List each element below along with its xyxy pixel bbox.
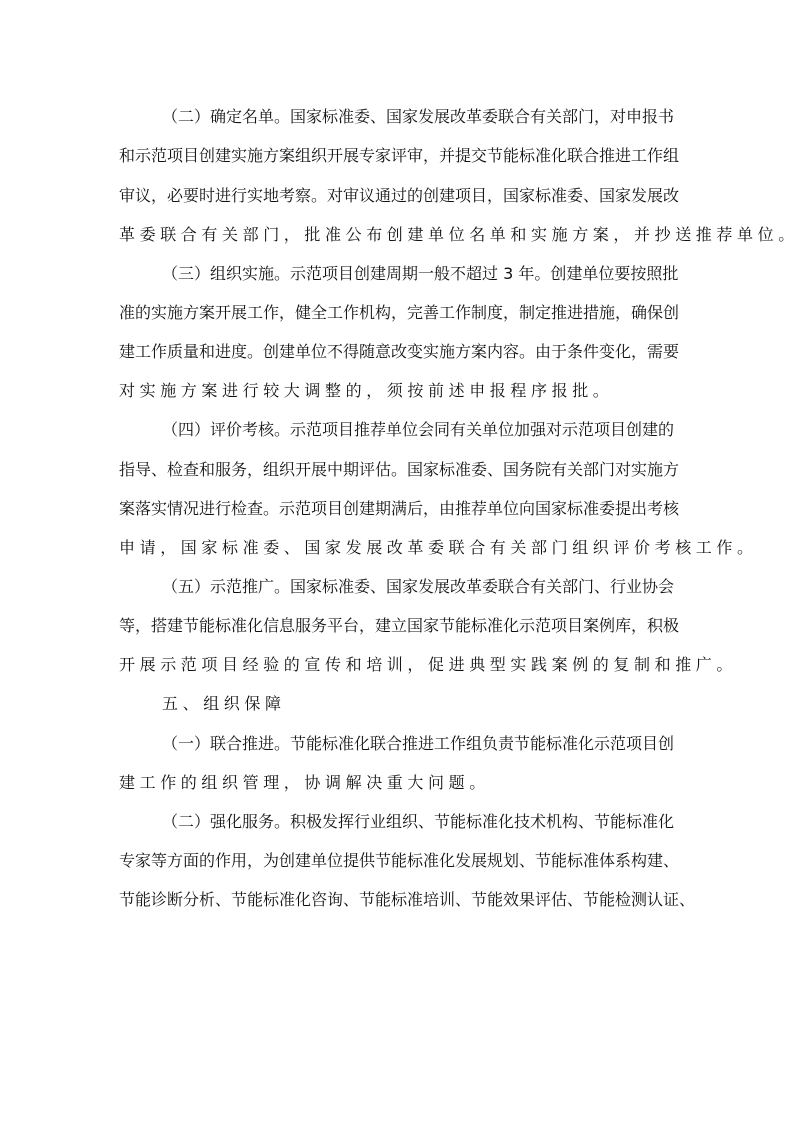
paragraph-organize-implementation-line-4: 对实施方案进行较大调整的，须按前述申报程序报批。 (119, 379, 674, 403)
paragraph-joint-promotion-line-2: 建工作的组织管理，协调解决重大问题。 (119, 771, 674, 795)
paragraph-organize-implementation-line-2: 准的实施方案开展工作，健全工作机构，完善工作制度，制定推进措施，确保创 (119, 301, 674, 325)
paragraph-promotion-line-2: 等，搭建节能标准化信息服务平台，建立国家节能标准化示范项目案例库，积极 (119, 614, 674, 638)
paragraph-evaluation-line-4: 申请，国家标准委、国家发展改革委联合有关部门组织评价考核工作。 (119, 536, 674, 560)
paragraph-evaluation-line-1: （四）评价考核。示范项目推荐单位会同有关单位加强对示范项目创建的 (162, 418, 674, 442)
paragraph-evaluation-line-3: 案落实情况进行检查。示范项目创建期满后，由推荐单位向国家标准委提出考核 (119, 497, 674, 521)
paragraph-promotion-line-3: 开展示范项目经验的宣传和培训，促进典型实践案例的复制和推广。 (119, 653, 674, 677)
paragraph-confirm-list-line-4: 革委联合有关部门，批准公布创建单位名单和实施方案，并抄送推荐单位。 (119, 223, 674, 247)
paragraph-confirm-list-line-1: （二）确定名单。国家标准委、国家发展改革委联合有关部门，对申报书 (162, 105, 674, 129)
paragraph-strengthen-service-line-1: （二）强化服务。积极发挥行业组织、节能标准化技术机构、节能标准化 (162, 810, 674, 834)
paragraph-confirm-list-line-2: 和示范项目创建实施方案组织开展专家评审，并提交节能标准化联合推进工作组 (119, 144, 674, 168)
paragraph-promotion-line-1: （五）示范推广。国家标准委、国家发展改革委联合有关部门、行业协会 (162, 575, 674, 599)
paragraph-strengthen-service-line-3: 节能诊断分析、节能标准化咨询、节能标准培训、节能效果评估、节能检测认证、 (119, 888, 674, 912)
paragraph-strengthen-service-line-2: 专家等方面的作用，为创建单位提供节能标准化发展规划、节能标准体系构建、 (119, 849, 674, 873)
paragraph-organize-implementation-line-1: （三）组织实施。示范项目创建周期一般不超过 3 年。创建单位要按照批 (162, 262, 674, 286)
paragraph-confirm-list-line-3: 审议，必要时进行实地考察。对审议通过的创建项目，国家标准委、国家发展改 (119, 184, 674, 208)
paragraph-joint-promotion-line-1: （一）联合推进。节能标准化联合推进工作组负责节能标准化示范项目创 (162, 732, 674, 756)
document-page: （二）确定名单。国家标准委、国家发展改革委联合有关部门，对申报书 和示范项目创建… (0, 0, 794, 1123)
section-heading-organizational-guarantee: 五、组织保障 (162, 692, 674, 716)
paragraph-evaluation-line-2: 指导、检查和服务，组织开展中期评估。国家标准委、国务院有关部门对实施方 (119, 458, 674, 482)
paragraph-organize-implementation-line-3: 建工作质量和进度。创建单位不得随意改变实施方案内容。由于条件变化，需要 (119, 340, 674, 364)
